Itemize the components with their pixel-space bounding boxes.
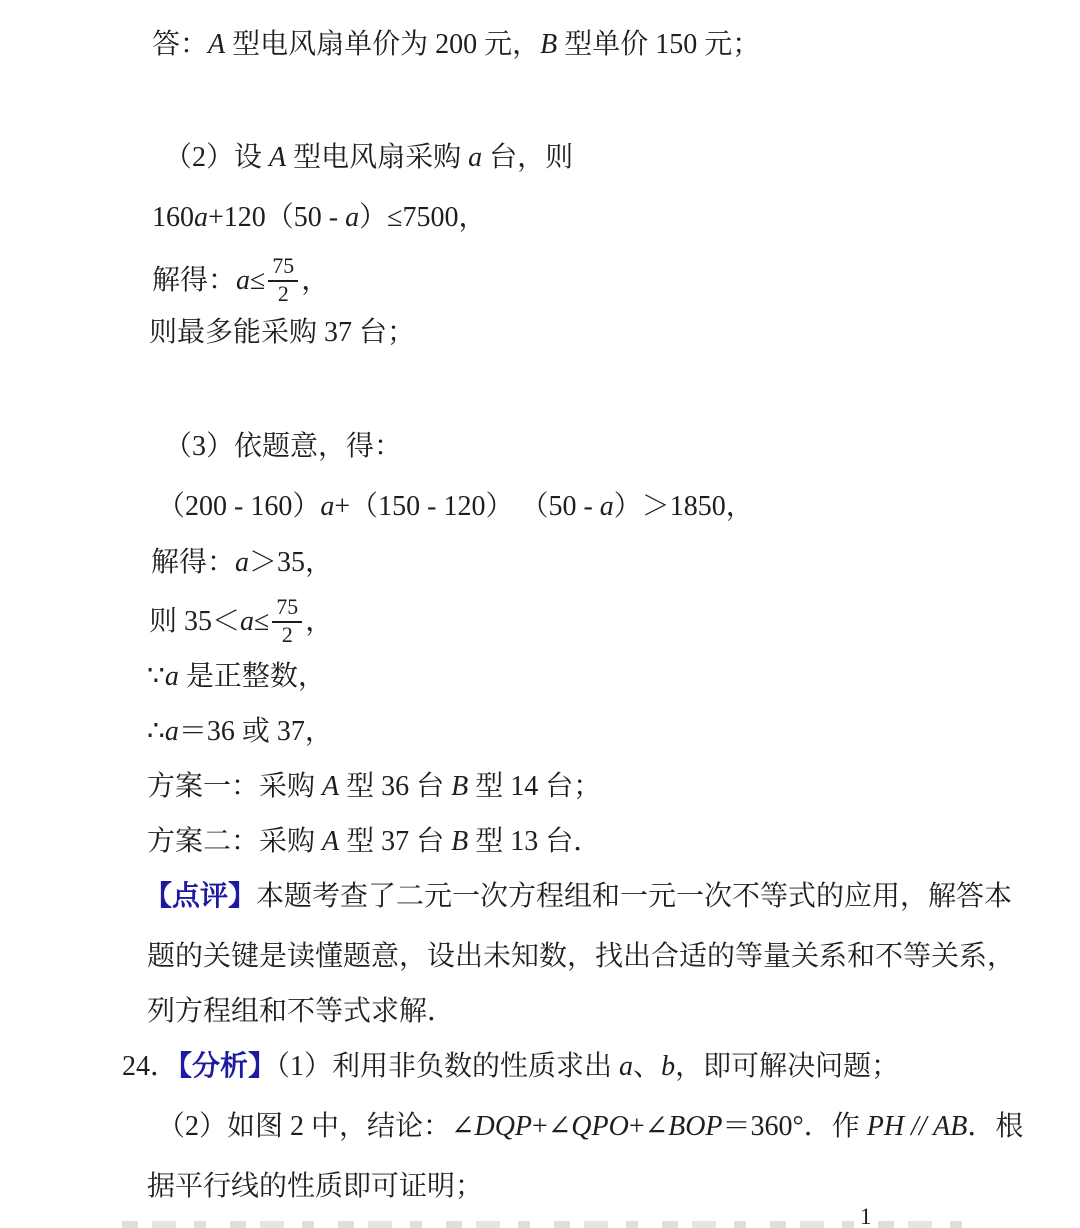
text-segment: （2）设	[164, 142, 269, 173]
text-segment: 型 36 台	[339, 771, 451, 802]
part3-heading-line: （3）依题意，得：	[164, 430, 402, 464]
text-segment: 型电风扇采购	[286, 142, 468, 173]
variable-b: b	[661, 1051, 675, 1082]
text-segment: （2）如图 2 中，结论：∠	[157, 1111, 474, 1142]
variable-a: a	[240, 605, 254, 639]
because-positive-integer-line: ∵a 是正整数，	[147, 660, 326, 694]
text-segment: 解得：	[151, 547, 235, 578]
remark-line-1: 【点评】本题考查了二元一次方程组和一元一次不等式的应用，解答本	[144, 880, 1012, 914]
text-segment: ＝36 或 37，	[179, 716, 333, 747]
problem-24-analysis-line: 24．【分析】（1）利用非负数的性质求出 a、b，即可解决问题；	[122, 1050, 899, 1084]
text-segment: ，即可解决问题；	[675, 1051, 899, 1082]
text-segment: （3）依题意，得：	[164, 431, 402, 462]
text-segment: ）＞1850，	[614, 491, 754, 522]
le-symbol: ≤	[250, 264, 265, 298]
fraction-75-over-2: 752	[268, 255, 298, 306]
variable-A: A	[322, 826, 339, 857]
variable-a: a	[345, 202, 359, 233]
text-segment: +120（50 -	[208, 202, 345, 233]
text-segment: 题的关键是读懂题意，设出未知数，找出合适的等量关系和不等关系，	[147, 941, 1015, 972]
document-page: 答：A 型电风扇单价为 200 元，B 型单价 150 元； （2）设 A 型电…	[0, 0, 1080, 1228]
text-segment: 型 14 台；	[468, 771, 601, 802]
variable-B: B	[451, 826, 468, 857]
text-segment: 答：	[152, 29, 208, 60]
part2-setup-line: （2）设 A 型电风扇采购 a 台，则	[164, 141, 573, 175]
remark-line-3: 列方程组和不等式求解．	[147, 995, 455, 1029]
variable-B: B	[540, 29, 557, 60]
text-segment: 型 37 台	[339, 826, 451, 857]
text-segment: 是正整数，	[179, 661, 326, 692]
inequality-1850-line: （200 - 160）a+（150 - 120） （50 - a）＞1850，	[157, 490, 754, 524]
text-segment: ）≤7500，	[359, 202, 486, 233]
inequality-160a-line: 160a+120（50 - a）≤7500，	[152, 201, 487, 235]
cutoff-next-line-glyph-tops	[122, 1221, 974, 1228]
fraction-75-over-2: 752	[272, 596, 302, 647]
text-segment: 160	[152, 202, 194, 233]
plan-two-line: 方案二：采购 A 型 37 台 B 型 13 台．	[147, 825, 601, 859]
text-segment: 则 35＜	[149, 605, 240, 639]
variable-a: a	[235, 547, 249, 578]
fraction-denominator: 2	[272, 623, 302, 648]
answer-unit-price-line: 答：A 型电风扇单价为 200 元，B 型单价 150 元；	[152, 28, 760, 62]
analysis-tag: 【分析】	[178, 1051, 276, 1082]
problem-24-part2-continuation-line: 据平行线的性质即可证明；	[147, 1170, 483, 1204]
plan-one-line: 方案一：采购 A 型 36 台 B 型 14 台；	[147, 770, 601, 804]
variable-a: a	[165, 716, 179, 747]
text-segment: ．根	[967, 1111, 1023, 1142]
variable-A: A	[269, 142, 286, 173]
because-symbol: ∵	[147, 661, 165, 692]
text-segment: +∠	[532, 1111, 571, 1142]
variable-a: a	[600, 491, 614, 522]
text-segment: 方案二：采购	[147, 826, 322, 857]
text-segment: （1）利用非负数的性质求出	[276, 1051, 619, 1082]
therefore-a-36-or-37-line: ∴a＝36 或 37，	[147, 715, 333, 749]
parallel-PH-AB: PH // AB	[867, 1111, 968, 1142]
solve-a-le-75-2-line: 解得：a≤752，	[152, 252, 329, 310]
text-segment: 型 13 台．	[468, 826, 601, 857]
text-segment: 型单价 150 元；	[557, 29, 760, 60]
variable-a: a	[194, 202, 208, 233]
fraction-numerator: 75	[268, 255, 298, 282]
problem-number: 24．	[122, 1051, 178, 1082]
text-segment: 则最多能采购 37 台；	[149, 317, 415, 348]
range-35-lt-a-le-75-2-line: 则 35＜a≤752，	[149, 593, 333, 651]
angle-QPO: QPO	[571, 1111, 629, 1142]
text-segment: ，	[305, 605, 333, 639]
fraction-numerator: 75	[272, 596, 302, 623]
solve-a-gt-35-line: 解得：a＞35，	[151, 546, 333, 580]
text-segment: 方案一：采购	[147, 771, 322, 802]
variable-B: B	[451, 771, 468, 802]
max-purchase-37-line: 则最多能采购 37 台；	[149, 316, 415, 350]
variable-a: a	[468, 142, 482, 173]
variable-A: A	[208, 29, 225, 60]
text-segment: 列方程组和不等式求解．	[147, 996, 455, 1027]
variable-A: A	[322, 771, 339, 802]
text-segment: （200 - 160）	[157, 491, 320, 522]
text-segment: 据平行线的性质即可证明；	[147, 1171, 483, 1202]
angle-BOP: BOP	[668, 1111, 722, 1142]
text-segment: 本题考查了二元一次方程组和一元一次不等式的应用，解答本	[256, 881, 1012, 912]
text-segment: 台，则	[482, 142, 573, 173]
text-segment: ＞35，	[249, 547, 333, 578]
text-segment: 解得：	[152, 264, 236, 298]
text-segment: 型电风扇单价为 200 元，	[225, 29, 540, 60]
remark-line-2: 题的关键是读懂题意，设出未知数，找出合适的等量关系和不等关系，	[147, 940, 1015, 974]
text-segment: ＝360°．作	[723, 1111, 867, 1142]
variable-a: a	[236, 264, 250, 298]
variable-a: a	[320, 491, 334, 522]
variable-a: a	[165, 661, 179, 692]
text-segment: +∠	[629, 1111, 668, 1142]
text-segment: +（150 - 120） （50 -	[334, 491, 599, 522]
remark-tag: 【点评】	[144, 881, 256, 912]
fraction-denominator: 2	[268, 282, 298, 307]
angle-DQP: DQP	[474, 1111, 532, 1142]
le-symbol: ≤	[254, 605, 269, 639]
problem-24-part2-line: （2）如图 2 中，结论：∠DQP+∠QPO+∠BOP＝360°．作 PH //…	[157, 1110, 1023, 1144]
variable-a: a	[619, 1051, 633, 1082]
text-segment: ，	[301, 264, 329, 298]
text-segment: 、	[633, 1051, 661, 1082]
therefore-symbol: ∴	[147, 716, 165, 747]
